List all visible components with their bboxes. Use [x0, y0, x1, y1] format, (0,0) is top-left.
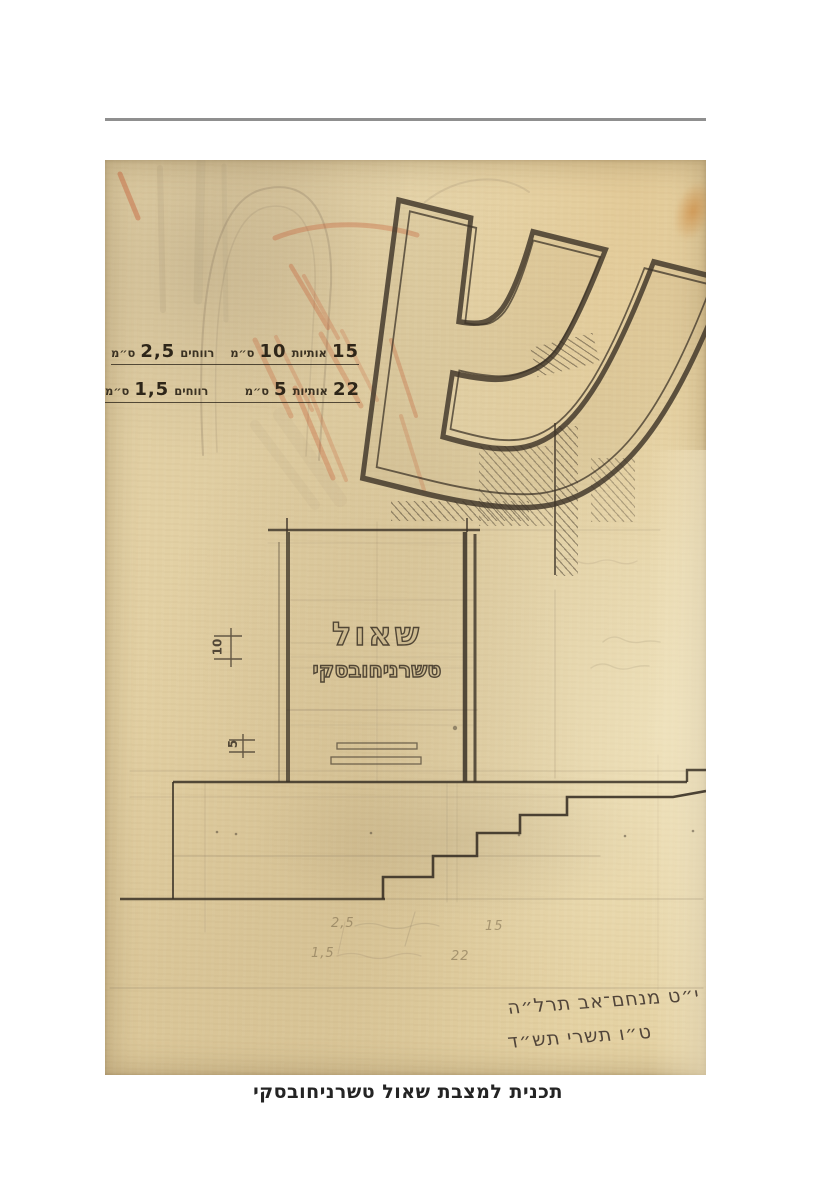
spec1-gap-unit: ס״מ [111, 346, 135, 360]
letter-spec-line-1: 15 אותיות 10 ס״מ רווחים 2,5 ס״מ [111, 341, 359, 365]
date-bar-2 [331, 757, 421, 764]
pencil-echo-gap-1: 2,5 [331, 916, 355, 931]
birth-date-line: י״ט מנחם־אב תרל״ה [506, 984, 702, 1019]
hatching [391, 501, 529, 521]
spec2-count-word: אותיות [293, 384, 328, 398]
spec2-count: 22 [333, 379, 360, 400]
pencil-tombstone-arch-inner [216, 206, 316, 456]
pencil-echo-gap-2: 1,5 [311, 946, 335, 961]
scanned-drawing: ש ש 15 אותיות 10 ס״מ רווחים 2,5 ס״מ 22 א… [105, 160, 706, 1075]
spec2-gap-unit: ס״מ [105, 384, 129, 398]
page-divider-rule [105, 118, 706, 121]
spec1-gap: 2,5 [140, 341, 175, 362]
hatching [591, 458, 635, 522]
faint-pencil-note [603, 637, 660, 642]
spec2-size-unit: ס״מ [245, 384, 269, 398]
spec1-gap-word: רווחים [180, 346, 214, 360]
spec2-gap: 1,5 [134, 379, 169, 400]
spec1-count: 15 [332, 341, 359, 362]
pencil-echo-count-1: 15 [485, 919, 504, 934]
spec1-size-unit: ס״מ [230, 346, 254, 360]
letter-spec-line-2: 22 אותיות 5 ס״מ רווחים 1,5 ס״מ [105, 379, 360, 403]
monument-name-line1: שאול [291, 615, 463, 653]
figure-caption: תכנית למצבת שאול טשרניחובסקי [0, 1081, 816, 1103]
spec2-size: 5 [274, 379, 288, 400]
hatching [556, 426, 578, 576]
dimension-label-5: 5 [226, 740, 240, 748]
faint-pencil-note [591, 664, 649, 669]
monument-inscription: שאול טשרניחובסקי [291, 615, 463, 682]
dimension-label-10: 10 [210, 639, 224, 656]
spec1-size: 10 [260, 341, 287, 362]
monument-name-line2: טשרניחובסקי [291, 658, 463, 682]
spec2-gap-word: רווחים [174, 384, 208, 398]
ink-specks [216, 830, 695, 838]
spec1-count-word: אותיות [292, 346, 327, 360]
pencil-lines [110, 162, 705, 990]
pencil-echo-count-2: 22 [451, 949, 470, 964]
